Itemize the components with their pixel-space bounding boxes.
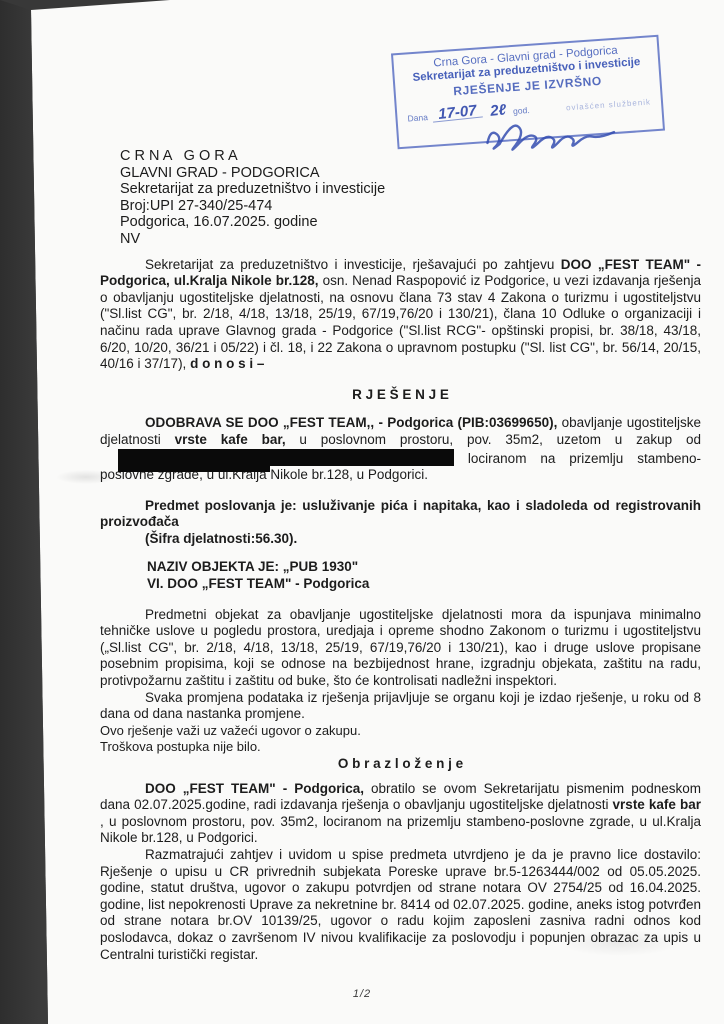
line-troskova: Troškova postupka nije bilo. [100, 739, 701, 756]
line-naziv-objekta: NAZIV OBJEKTA JE: „PUB 1930" [147, 559, 701, 576]
header-secretariat: Sekretarijat za preduzetništvo i investi… [120, 181, 701, 198]
stamp-handwritten-date: 17-07 [432, 104, 483, 122]
line-ovo-rjesenje: Ovo rješenje važi uz važeći ugovor o zak… [100, 723, 701, 740]
paragraph-predmetni-objekat: Predmetni objekat za obavljanje ugostite… [100, 607, 701, 690]
stamp-date-label: Dana [407, 112, 428, 123]
paragraph-predmet: Predmet poslovanja je: usluživanje pića … [100, 498, 701, 531]
paragraph-sifra: (Šifra djelatnosti:56.30). [100, 531, 701, 548]
header-city: GLAVNI GRAD - PODGORICA [120, 165, 701, 182]
redaction-bar-secondary [118, 465, 270, 472]
header-case-number: Broj:UPI 27-340/25-474 [120, 198, 701, 215]
title-obrazlozenje: O b r a z l o ž e n j e [100, 756, 701, 773]
paragraph-razmatrajuci: Razmatrajući zahtjev i uvidom u spise pr… [100, 847, 701, 963]
header-initials: NV [120, 231, 701, 248]
paragraph-odobrava: ODOBRAVA SE DOO „FEST TEAM,, - Podgorica… [100, 415, 701, 483]
paragraph-intro: Sekretarijat za preduzetništvo i investi… [100, 257, 701, 373]
header-country: C R N A G O R A [120, 148, 701, 165]
document-header: C R N A G O R A GLAVNI GRAD - PODGORICA … [120, 148, 701, 248]
document-body: C R N A G O R A GLAVNI GRAD - PODGORICA … [100, 148, 701, 963]
page-indicator: 1/2 [0, 988, 724, 1000]
title-rjesenje: R J E Š E N J E [100, 387, 701, 404]
paragraph-doo-obratilo: DOO „FEST TEAM" - Podgorica, obratilo se… [100, 781, 701, 847]
line-vlasnik: VI. DOO „FEST TEAM" - Podgorica [147, 576, 701, 593]
redaction-bar [118, 449, 454, 466]
official-stamp: Crna Gora - Glavni grad - Podgorica Sekr… [391, 35, 665, 149]
paragraph-svaka-promjena: Svaka promjena podataka iz rješenja prij… [100, 690, 701, 723]
header-date-line: Podgorica, 16.07.2025. godine [120, 214, 701, 231]
